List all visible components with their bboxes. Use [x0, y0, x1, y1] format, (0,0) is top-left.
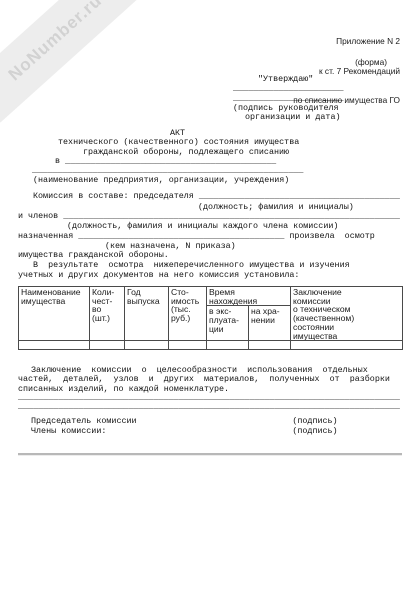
- body-line-3: учетных и других документов на него коми…: [18, 271, 299, 281]
- bottom-divider: [18, 453, 402, 455]
- col-header-cost: Сто- имость (тыс. руб.): [169, 287, 207, 341]
- table-cell: [291, 341, 403, 350]
- appendix-line-1: Приложение N 2: [293, 37, 400, 47]
- col-header-time: Время нахождения: [207, 287, 291, 306]
- table-empty-row: [19, 341, 403, 350]
- property-table: Наименование имущества Коли- чест- во (ш…: [18, 286, 403, 350]
- approve-caption-2: организации и дата): [245, 113, 341, 123]
- col-header-conclusion: Заключение комиссии о техническом (качес…: [291, 287, 403, 341]
- col-header-time-exploit: в экс- плуата- ции: [207, 306, 249, 341]
- commission-chair-line: Комиссия в составе: председателя _______…: [33, 192, 400, 202]
- table-header-row-1: Наименование имущества Коли- чест- во (ш…: [19, 287, 403, 306]
- form-note: (форма): [355, 57, 387, 67]
- document-page: NoNumber.ru Приложение N 2 к ст. 7 Реком…: [0, 0, 420, 600]
- col-header-year: Год выпуска: [125, 287, 169, 341]
- col-header-name: Наименование имущества: [19, 287, 90, 341]
- org-name-caption: (наименование предприятия, организации, …: [33, 176, 289, 186]
- table-cell: [169, 341, 207, 350]
- table-cell: [90, 341, 125, 350]
- watermark-band: NoNumber.ru: [0, 0, 145, 123]
- table-cell: [207, 341, 249, 350]
- col-header-time-storage: на хра- нении: [249, 306, 291, 341]
- table-cell: [249, 341, 291, 350]
- col-header-qty: Коли- чест- во (шт.): [90, 287, 125, 341]
- table-cell: [19, 341, 90, 350]
- table-cell: [125, 341, 169, 350]
- conclusion-blank-line-2: ________________________________________…: [18, 402, 400, 412]
- watermark-text: NoNumber.ru: [5, 0, 107, 85]
- members-signature-line: Члены комиссии: (подпись): [31, 427, 338, 437]
